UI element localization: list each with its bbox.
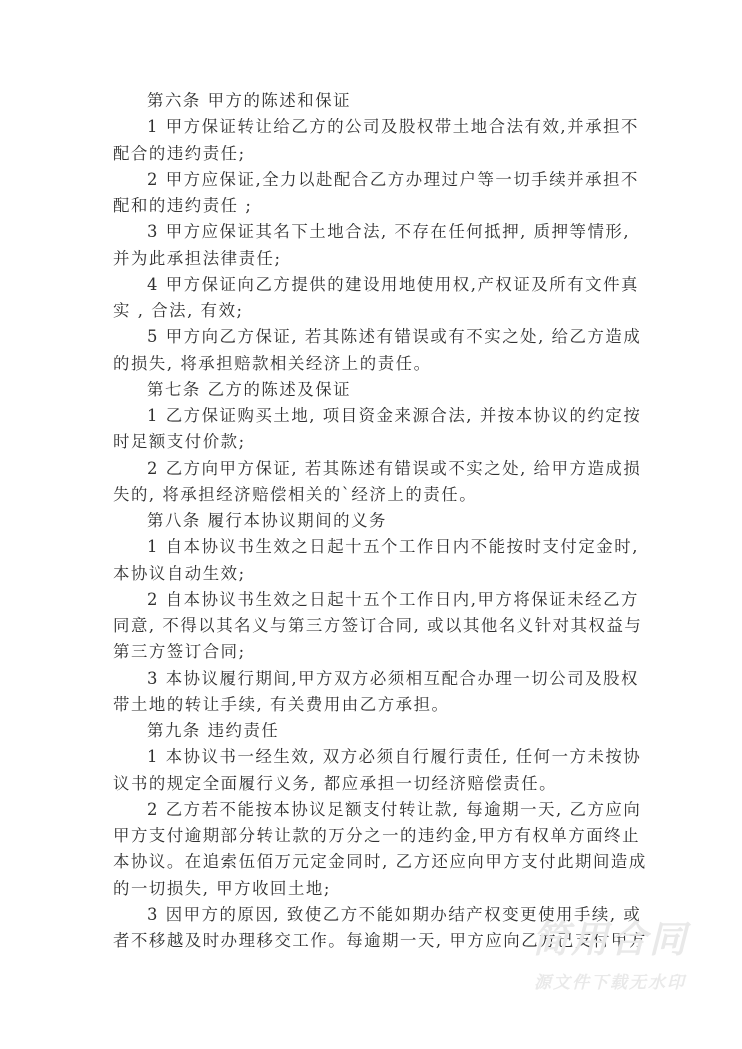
text-line: 配和的违约责任 ; bbox=[113, 193, 627, 219]
text-line: 本协议自动生效; bbox=[113, 561, 627, 587]
section-heading: 第九条 违约责任 bbox=[113, 718, 627, 744]
text-line: 3 甲方应保证其名下土地合法, 不存在任何抵押, 质押等情形, bbox=[113, 219, 627, 245]
text-line: 并为此承担法律责任; bbox=[113, 246, 627, 272]
text-line: 失的, 将承担经济赔偿相关的`经济上的责任。 bbox=[113, 482, 627, 508]
text-line: 的一切损失, 甲方收回土地; bbox=[113, 876, 627, 902]
section-heading: 第七条 乙方的陈述及保证 bbox=[113, 377, 627, 403]
text-line: 3 本协议履行期间,甲方双方必须相互配合办理一切公司及股权 bbox=[113, 666, 627, 692]
text-line: 配合的违约责任; bbox=[113, 141, 627, 167]
text-line: 第三方签订合同; bbox=[113, 639, 627, 665]
watermark-tagline: 源文件下载无水印 bbox=[510, 968, 710, 998]
text-line: 1 自本协议书生效之日起十五个工作日内不能按时支付定金时, bbox=[113, 534, 627, 560]
document-page: 第六条 甲方的陈述和保证1 甲方保证转让给乙方的公司及股权带土地合法有效,并承担… bbox=[0, 0, 742, 1049]
text-line: 2 乙方向甲方保证, 若其陈述有错误或不实之处, 给甲方造成损 bbox=[113, 456, 627, 482]
text-line: 4 甲方保证向乙方提供的建设用地使用权,产权证及所有文件真 bbox=[113, 272, 627, 298]
text-line: 议书的规定全面履行义务, 都应承担一切经济赔偿责任。 bbox=[113, 771, 627, 797]
text-line: 的损失, 将承担赔款相关经济上的责任。 bbox=[113, 351, 627, 377]
text-line: 1 甲方保证转让给乙方的公司及股权带土地合法有效,并承担不 bbox=[113, 114, 627, 140]
text-line: 1 乙方保证购买土地, 项目资金来源合法, 并按本协议的约定按 bbox=[113, 403, 627, 429]
text-line: 5 甲方向乙方保证, 若其陈述有错误或有不实之处, 给乙方造成 bbox=[113, 324, 627, 350]
section-heading: 第八条 履行本协议期间的义务 bbox=[113, 508, 627, 534]
text-line: 2 乙方若不能按本协议足额支付转让款, 每逾期一天, 乙方应向 bbox=[113, 797, 627, 823]
document-body: 第六条 甲方的陈述和保证1 甲方保证转让给乙方的公司及股权带土地合法有效,并承担… bbox=[113, 88, 627, 954]
text-line: 实 , 合法, 有效; bbox=[113, 298, 627, 324]
section-heading: 第六条 甲方的陈述和保证 bbox=[113, 88, 627, 114]
text-line: 带土地的转让手续, 有关费用由乙方承担。 bbox=[113, 692, 627, 718]
watermark: 简用合同 源文件下载无水印 bbox=[510, 918, 710, 998]
watermark-brand: 简用合同 bbox=[510, 918, 710, 962]
text-line: 1 本协议书一经生效, 双方必须自行履行责任, 任何一方未按协 bbox=[113, 744, 627, 770]
text-line: 本协议。在追索伍佰万元定金同时, 乙方还应向甲方支付此期间造成 bbox=[113, 849, 627, 875]
text-line: 2 甲方应保证,全力以赴配合乙方办理过户等一切手续并承担不 bbox=[113, 167, 627, 193]
text-line: 甲方支付逾期部分转让款的万分之一的违约金,甲方有权单方面终止 bbox=[113, 823, 627, 849]
text-line: 时足额支付价款; bbox=[113, 429, 627, 455]
text-line: 同意, 不得以其名义与第三方签订合同, 或以其他名义针对其权益与 bbox=[113, 613, 627, 639]
text-line: 2 自本协议书生效之日起十五个工作日内,甲方将保证未经乙方 bbox=[113, 587, 627, 613]
